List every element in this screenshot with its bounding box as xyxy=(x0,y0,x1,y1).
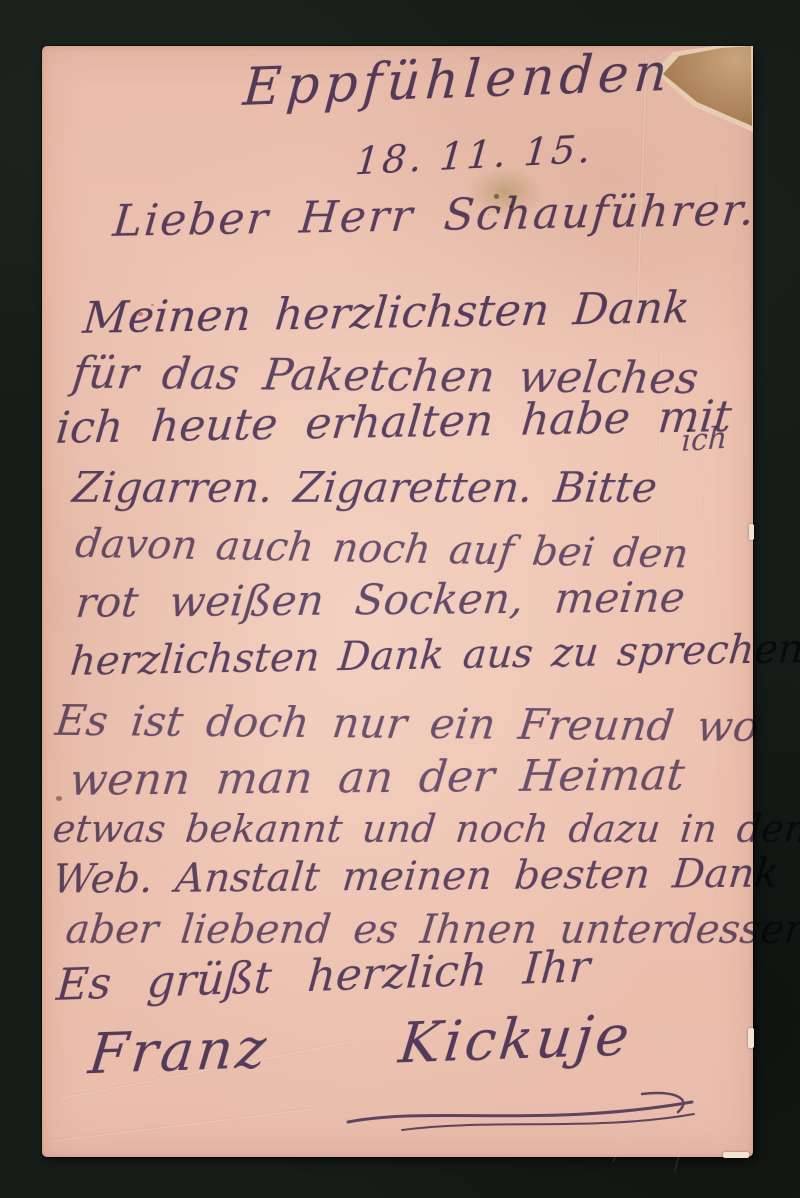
closing-line: Es grüßt herzlich Ihr xyxy=(55,945,592,1008)
signature-flourish xyxy=(342,1088,702,1138)
handwritten-fragment: ich xyxy=(681,424,728,457)
handwritten-line: aber liebend es Ihnen unterdessen xyxy=(64,910,800,950)
crease-line xyxy=(51,1108,309,1143)
postcard-heading: Eppfühlenden xyxy=(241,47,674,114)
handwritten-line: Zigarren. Zigaretten. Bitte xyxy=(71,467,659,509)
dark-speck xyxy=(56,796,62,801)
salutation: Lieber Herr Schauführer. xyxy=(111,189,758,244)
handwritten-line: herzlichsten Dank aus zu sprechen xyxy=(68,629,800,682)
photo-background: Eppfühlenden 18. 11. 15. Lieber Herr Sch… xyxy=(0,0,800,1198)
edge-chip xyxy=(749,524,754,540)
signature: Franz Kickuje xyxy=(86,1008,635,1083)
postcard-date: 18. 11. 15. xyxy=(354,130,595,181)
handwritten-line: ich heute erhalten habe mit xyxy=(54,395,733,451)
handwritten-line: Es ist doch nur ein Freund wo xyxy=(53,700,761,748)
edge-chip xyxy=(748,1028,754,1048)
handwritten-line: Meinen herzlichsten Dank xyxy=(81,286,691,341)
handwritten-line: davon auch noch auf bei den xyxy=(73,524,691,575)
crease-line xyxy=(674,1056,709,1172)
handwritten-line: Web. Anstalt meinen besten Dank xyxy=(51,854,780,900)
edge-chip xyxy=(723,1152,749,1158)
postcard: Eppfühlenden 18. 11. 15. Lieber Herr Sch… xyxy=(42,46,753,1157)
handwritten-line: etwas bekannt und noch dazu in den xyxy=(51,810,800,848)
handwritten-line: rot weißen Socken, meine xyxy=(74,577,687,624)
handwritten-line: wenn man an der Heimat xyxy=(68,754,687,803)
